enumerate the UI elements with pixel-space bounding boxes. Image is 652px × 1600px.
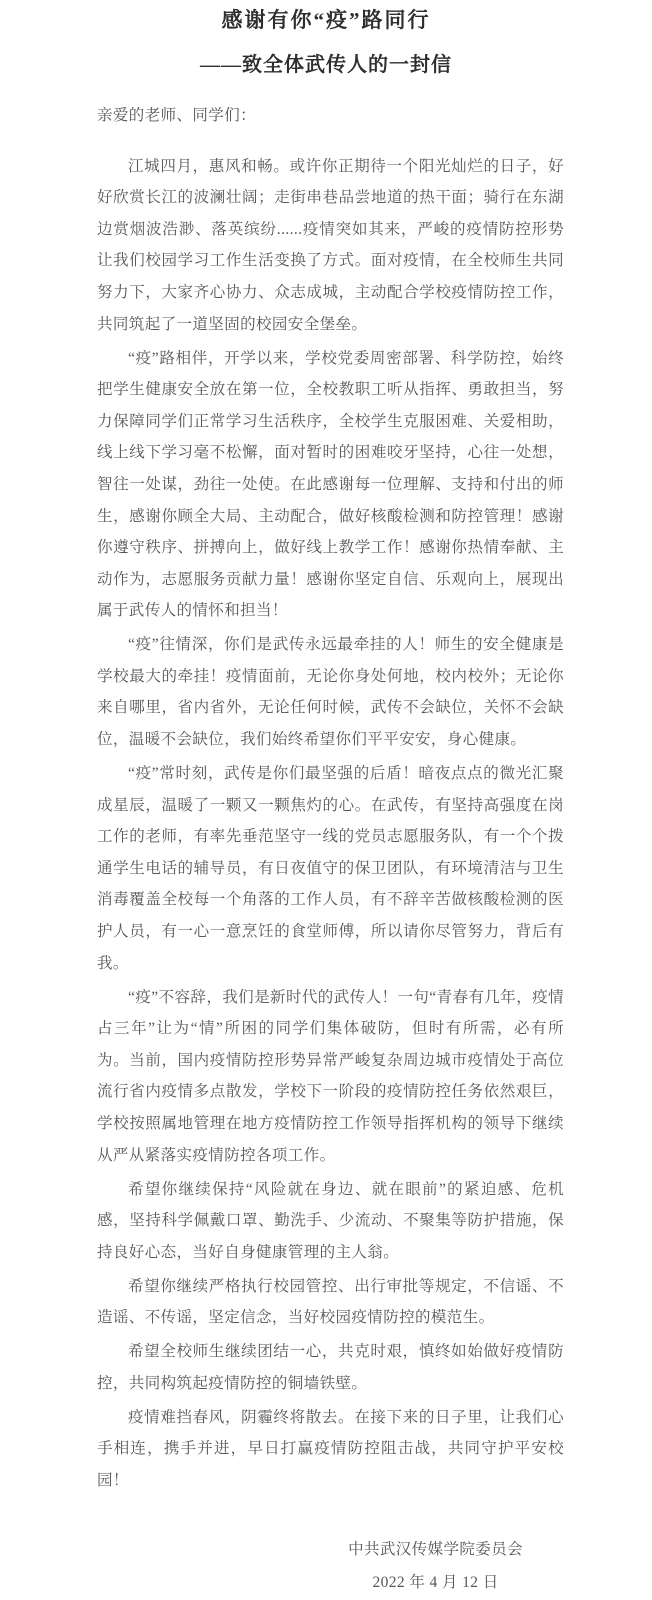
paragraph-2: “疫”路相伴，开学以来，学校党委周密部署、科学防控，始终把学生健康安全放在第一位… xyxy=(97,343,564,627)
paragraph-9: 疫情难挡春风，阴霾终将散去。在接下来的日子里，让我们心手相连，携手并进，早日打赢… xyxy=(97,1402,564,1497)
letter-document: 感谢有你“疫”路同行 ——致全体武传人的一封信 亲爱的老师、同学们： 江城四月，… xyxy=(0,0,652,1600)
page-title: 感谢有你“疫”路同行 xyxy=(0,7,652,34)
paragraph-1: 江城四月，惠风和畅。或许你正期待一个阳光灿烂的日子，好好欣赏长江的波澜壮阔；走街… xyxy=(97,151,564,341)
paragraph-5: “疫”不容辞，我们是新时代的武传人！一句“青春有几年，疫情占三年”让为“情”所困… xyxy=(97,982,564,1172)
signature-block: 中共武汉传媒学院委员会 2022 年 4 月 12 日 xyxy=(348,1533,523,1599)
signature-date: 2022 年 4 月 12 日 xyxy=(348,1566,523,1599)
letter-body: 亲爱的老师、同学们： 江城四月，惠风和畅。或许你正期待一个阳光灿烂的日子，好好欣… xyxy=(97,100,564,1497)
signature-name: 中共武汉传媒学院委员会 xyxy=(348,1533,523,1566)
paragraph-3: “疫”往情深，你们是武传永远最牵挂的人！师生的安全健康是学校最大的牵挂！疫情面前… xyxy=(97,629,564,755)
paragraph-8: 希望全校师生继续团结一心，共克时艰，慎终如始做好疫情防控，共同构筑起疫情防控的铜… xyxy=(97,1336,564,1399)
page-subtitle: ——致全体武传人的一封信 xyxy=(0,52,652,79)
salutation: 亲爱的老师、同学们： xyxy=(97,100,564,132)
paragraph-4: “疫”常时刻，武传是你们最坚强的后盾！暗夜点点的微光汇聚成星辰，温暖了一颗又一颗… xyxy=(97,758,564,979)
paragraph-7: 希望你继续严格执行校园管控、出行审批等规定，不信谣、不造谣、不传谣，坚定信念，当… xyxy=(97,1271,564,1334)
paragraph-6: 希望你继续保持“风险就在身边、就在眼前”的紧迫感、危机感，坚持科学佩戴口罩、勤洗… xyxy=(97,1174,564,1269)
